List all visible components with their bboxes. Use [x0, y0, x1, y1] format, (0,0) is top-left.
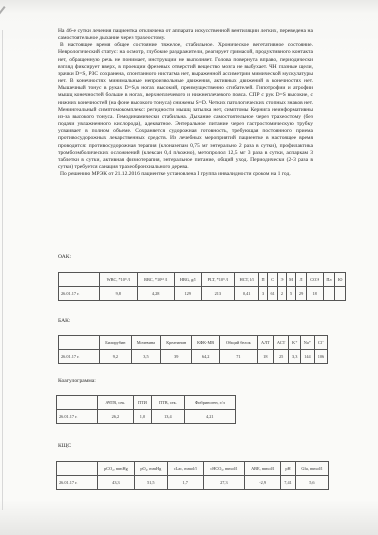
table-header-row: WBC, *10⁹ /l RBC, *10¹² /l HBG, g/l PLT,…	[59, 273, 346, 287]
coag-label: Коагулограмма:	[58, 378, 96, 384]
bak-label: БАК:	[58, 318, 70, 324]
table-header-row: АЧТВ, сек. ПТИ ПТВ, сек. Фибриноген, г/л	[57, 396, 236, 410]
oak-table: WBC, *10⁹ /l RBC, *10¹² /l HBG, g/l PLT,…	[58, 272, 346, 301]
table-row: 26.01.17 г. 9,2 3,5 39 64,2 71 18 25 3,3…	[59, 350, 328, 364]
kos-label: КЩС	[58, 443, 71, 449]
oak-label: ОАК:	[58, 254, 71, 260]
kos-table: pCO₂, mmHg pO₂, mmHg cLac, mmol/l cHCO₃,…	[56, 461, 329, 490]
table-row: 26.01.17 г. 43,3 51,5 1,7 27,3 -2,9 7,41…	[57, 476, 329, 490]
bak-table: Билирубин Мочевина Креатинин КФК-МВ Общи…	[58, 335, 328, 364]
table-header-row: Билирубин Мочевина Креатинин КФК-МВ Общи…	[59, 336, 328, 350]
coag-table: АЧТВ, сек. ПТИ ПТВ, сек. Фибриноген, г/л…	[56, 395, 236, 424]
paragraph-disability: По решению МРЭК от 21.12.2016 пациентке …	[58, 171, 313, 178]
page-edge-shadow	[2, 30, 3, 510]
paragraph-current-status: В настоящее время общее состояние тяжело…	[58, 42, 313, 171]
table-row: 26.01.17 г. 26,2 1,0 13,4 4,21	[57, 410, 236, 424]
table-row: 26.01.17 г. 9,8 4,28 129 213 0,41 3 61 2…	[59, 287, 346, 301]
clinical-notes: На 46-е сутки лечения пациентка отключен…	[58, 28, 313, 178]
table-header-row: pCO₂, mmHg pO₂, mmHg cLac, mmol/l cHCO₃,…	[57, 462, 329, 476]
scanned-page: На 46-е сутки лечения пациентка отключен…	[0, 0, 378, 535]
paragraph-ventilation: На 46-е сутки лечения пациентка отключен…	[58, 28, 313, 42]
